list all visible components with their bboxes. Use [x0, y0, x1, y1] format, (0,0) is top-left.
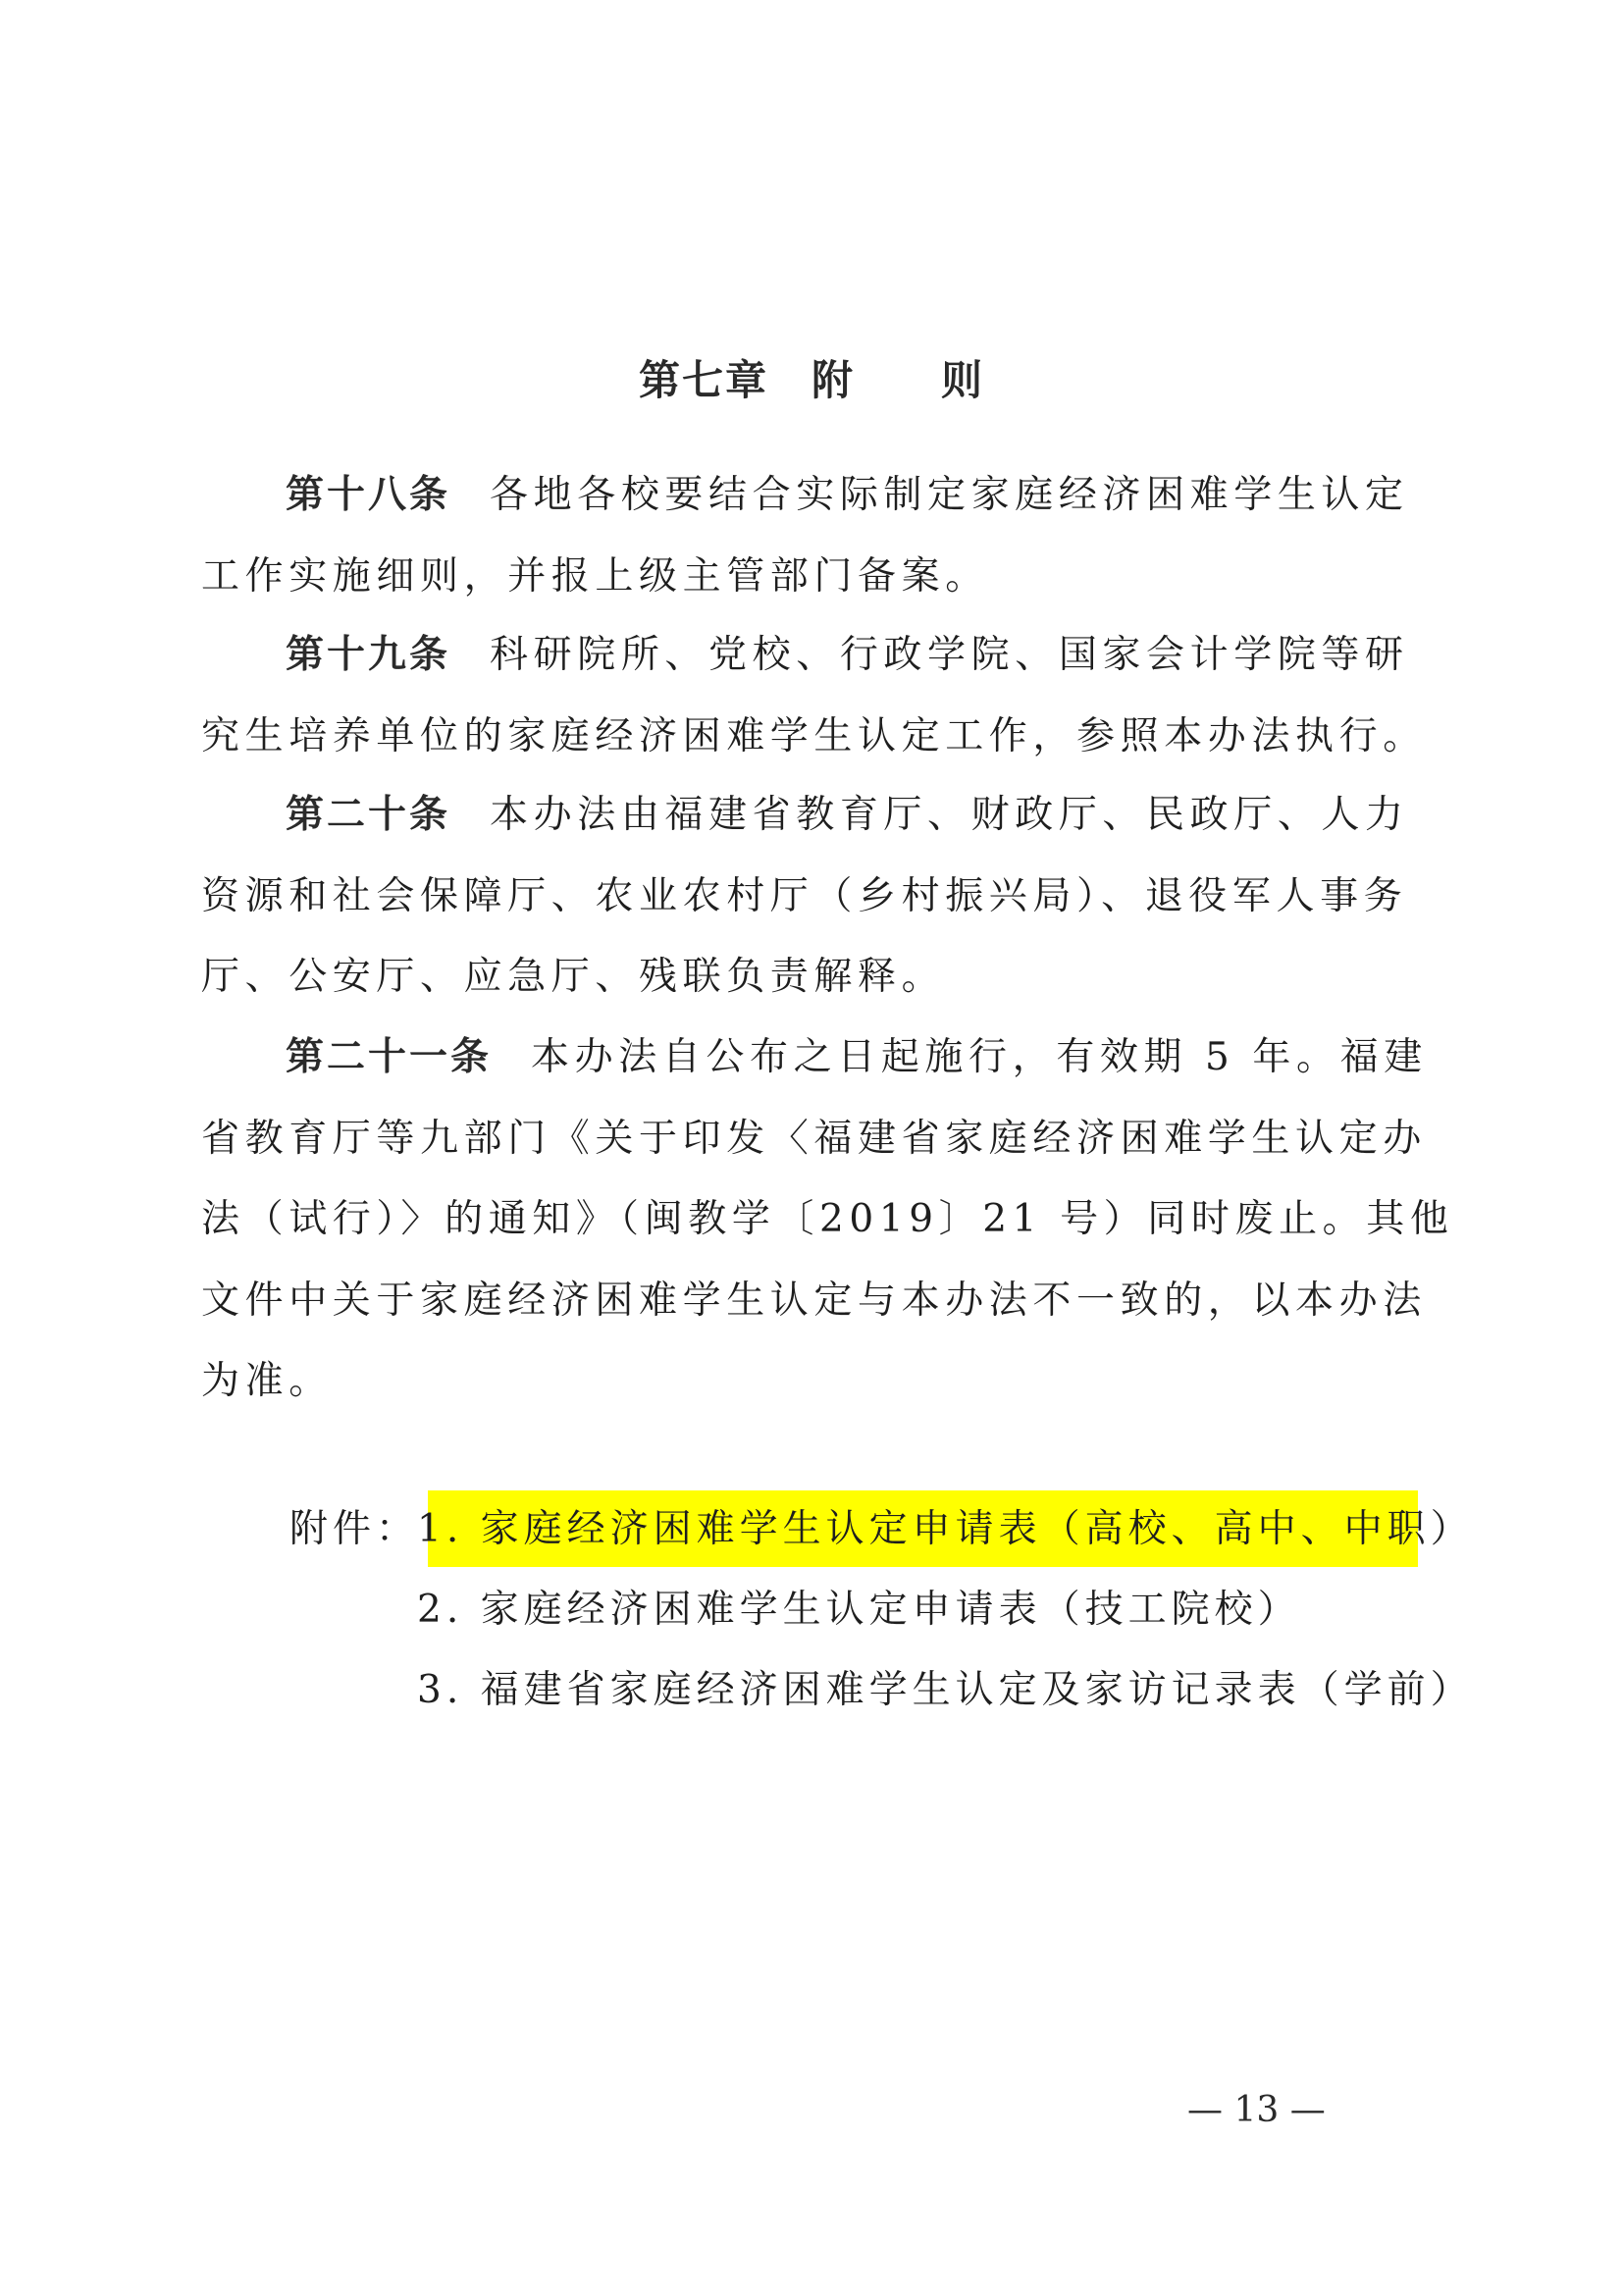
- article-line: 第十八条各地各校要结合实际制定家庭经济困难学生认定: [201, 455, 1408, 537]
- article-line: 为准。: [201, 1341, 1408, 1423]
- article-line: 工作实施细则，并报上级主管部门备案。: [201, 537, 1408, 618]
- article-line: 第二十一条本办法自公布之日起施行，有效期 5 年。福建: [201, 1018, 1408, 1099]
- document-page: 第七章 附 则 第十八条各地各校要结合实际制定家庭经济困难学生认定 工作实施细则…: [0, 0, 1623, 2296]
- article-line: 资源和社会保障厅、农业农村厅（乡村振兴局）、退役军人事务: [201, 857, 1408, 938]
- article-text: 各地各校要结合实际制定家庭经济困难学生认定: [490, 473, 1409, 517]
- article-line: 法（试行）〉的通知》（闽教学〔2019〕21 号）同时废止。其他: [201, 1179, 1408, 1261]
- article-line: 省教育厅等九部门《关于印发〈福建省家庭经济困难学生认定办: [201, 1099, 1408, 1180]
- attachments-label: 附件：: [289, 1491, 419, 1568]
- article-number: 第二十一条: [286, 1035, 492, 1079]
- article-20: 第二十条本办法由福建省教育厅、财政厅、民政厅、人力 资源和社会保障厅、农业农村厅…: [201, 775, 1408, 1018]
- article-text: 本办法自公布之日起施行，有效期 5 年。福建: [531, 1035, 1428, 1079]
- article-line: 厅、公安厅、应急厅、残联负责解释。: [201, 937, 1408, 1018]
- attachment-text: 1. 家庭经济困难学生认定申请表（高校、高中、中职）: [417, 1491, 1474, 1568]
- article-line: 第十九条科研院所、党校、行政学院、国家会计学院等研: [201, 615, 1408, 697]
- article-text: 本办法由福建省教育厅、财政厅、民政厅、人力: [490, 793, 1409, 837]
- page-number: — 13 —: [1187, 2090, 1326, 2130]
- article-number: 第十九条: [286, 633, 450, 677]
- article-18: 第十八条各地各校要结合实际制定家庭经济困难学生认定 工作实施细则，并报上级主管部…: [201, 455, 1408, 617]
- article-number: 第二十条: [286, 793, 450, 837]
- attachment-text: 2. 家庭经济困难学生认定申请表（技工院校）: [417, 1572, 1301, 1648]
- chapter-title: 第七章 附 则: [0, 348, 1623, 407]
- article-21: 第二十一条本办法自公布之日起施行，有效期 5 年。福建 省教育厅等九部门《关于印…: [201, 1018, 1408, 1423]
- article-line: 文件中关于家庭经济困难学生认定与本办法不一致的，以本办法: [201, 1261, 1408, 1342]
- article-line: 究生培养单位的家庭经济困难学生认定工作，参照本办法执行。: [201, 697, 1408, 778]
- article-text: 科研院所、党校、行政学院、国家会计学院等研: [490, 633, 1409, 677]
- article-19: 第十九条科研院所、党校、行政学院、国家会计学院等研 究生培养单位的家庭经济困难学…: [201, 615, 1408, 777]
- attachment-text: 3. 福建省家庭经济困难学生认定及家访记录表（学前）: [417, 1652, 1474, 1729]
- article-number: 第十八条: [286, 473, 450, 517]
- article-line: 第二十条本办法由福建省教育厅、财政厅、民政厅、人力: [201, 775, 1408, 857]
